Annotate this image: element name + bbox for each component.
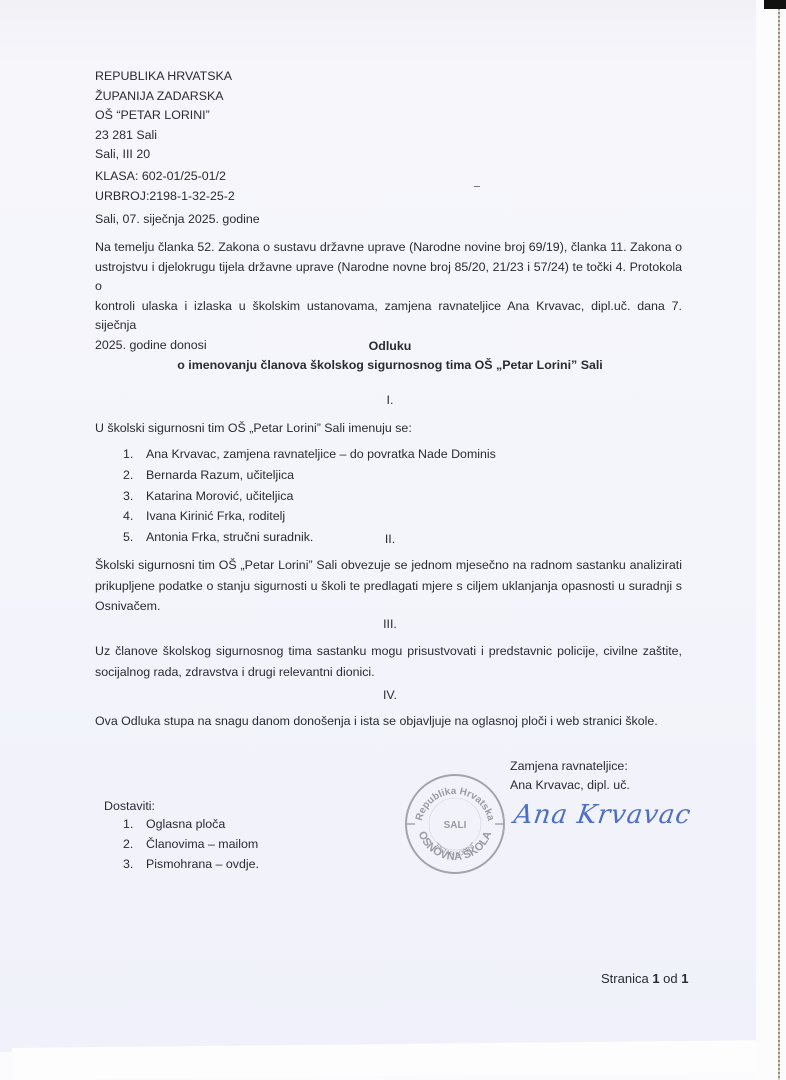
svg-text:OSNOVNA ŠKOLA: OSNOVNA ŠKOLA: [416, 830, 495, 864]
list-item: 3.Katarina Morović, učiteljica: [123, 489, 496, 510]
letterhead-line: 23 281 Sali: [95, 126, 232, 146]
page-number: Stranica 1 od 1: [601, 971, 688, 986]
signatory-block: Zamjena ravnateljice: Ana Krvavac, dipl.…: [510, 757, 630, 795]
letterhead: REPUBLIKA HRVATSKA ŽUPANIJA ZADARSKA OŠ …: [95, 67, 232, 165]
section-iii-text: Uz članove školskog sigurnosnog tima sas…: [95, 641, 682, 682]
section-number-iii: III.: [150, 617, 630, 631]
scan-margin-bottom: [12, 1040, 772, 1080]
preamble: Na temelju članka 52. Zakona o sustavu d…: [95, 238, 682, 356]
scan-corner-shadow: [764, 0, 786, 9]
list-item: 2.Bernarda Razum, učiteljica: [123, 468, 496, 489]
preamble-line: Na temelju članka 52. Zakona o sustavu d…: [95, 238, 682, 258]
handwritten-signature: Ana Krvavac: [512, 800, 693, 830]
list-item: 1.Oglasna ploča: [123, 817, 259, 837]
list-item: 2.Članovima – mailom: [123, 837, 259, 857]
section-iv-text: Ova Odluka stupa na snagu danom donošenj…: [95, 712, 658, 732]
signatory-name: Ana Krvavac, dipl. uč.: [510, 776, 630, 795]
scan-artifact: [474, 186, 480, 187]
document-title: Odluku: [150, 339, 630, 353]
svg-text:Republika Hrvatska: Republika Hrvatska: [414, 786, 496, 823]
signatory-role: Zamjena ravnateljice:: [510, 757, 630, 776]
scan-edge-line: [778, 0, 780, 1080]
list-item: 3.Pismohrana – ovdje.: [123, 857, 259, 877]
svg-text:SALI: SALI: [444, 820, 467, 831]
preamble-line: ustrojstvu i djelokrugu tijela državne u…: [95, 258, 682, 297]
letterhead-line: Sali, III 20: [95, 145, 232, 165]
list-item: 1.Ana Krvavac, zamjena ravnateljice – do…: [123, 447, 496, 468]
letterhead-line: ŽUPANIJA ZADARSKA: [95, 87, 232, 107]
list-item: 4.Ivana Kirinić Frka, roditelj: [123, 509, 496, 530]
section-i-intro: U školski sigurnosni tim OŠ „Petar Lorin…: [95, 419, 412, 439]
section-number-ii: II.: [150, 532, 630, 546]
reference-numbers: KLASA: 602-01/25-01/2 URBROJ:2198-1-32-2…: [95, 167, 235, 206]
urbroj: URBROJ:2198-1-32-25-2: [95, 187, 235, 207]
section-ii-text: Školski sigurnosni tim OŠ „Petar Lorini”…: [95, 555, 682, 617]
section-number-iv: IV.: [150, 688, 630, 702]
document-date: Sali, 07. siječnja 2025. godine: [95, 210, 260, 230]
section-number-i: I.: [150, 393, 630, 407]
school-stamp-icon: Republika Hrvatska OSNOVNA ŠKOLA “PETAR …: [403, 772, 507, 876]
distribution-label: Dostaviti:: [104, 797, 155, 817]
klasa: KLASA: 602-01/25-01/2: [95, 167, 235, 187]
preamble-line: kontroli ulaska i izlaska u školskim ust…: [95, 297, 682, 336]
letterhead-line: OŠ “PETAR LORINI”: [95, 106, 232, 126]
document-subtitle: o imenovanju članova školskog sigurnosno…: [150, 358, 630, 372]
scan-margin-right: [756, 0, 778, 1080]
letterhead-line: REPUBLIKA HRVATSKA: [95, 67, 232, 87]
distribution-list: 1.Oglasna ploča 2.Članovima – mailom 3.P…: [123, 817, 259, 877]
